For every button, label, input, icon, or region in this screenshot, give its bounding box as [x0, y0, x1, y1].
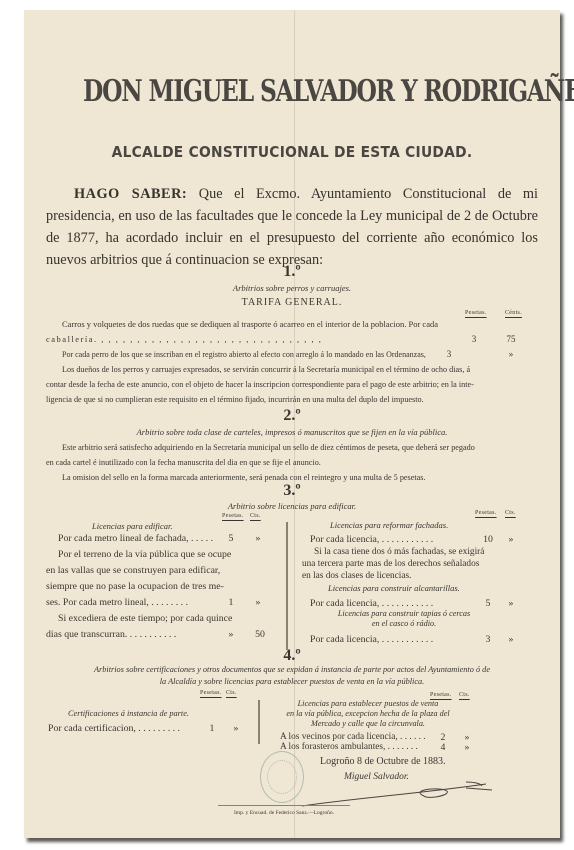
- section-4-left-subheading: Certificaciones á instancia de parte.: [68, 709, 189, 718]
- col-header-pesetas: Pesetas.: [200, 690, 222, 696]
- value-cents: 50: [251, 627, 269, 642]
- section-3-number: 3.º: [24, 482, 560, 500]
- municipal-seal-stamp: [260, 751, 304, 803]
- value-cents: »: [504, 596, 518, 611]
- section-3-left-line: en las vallas que se construyen para edi…: [46, 563, 220, 578]
- value-pesetas: 5: [224, 531, 238, 546]
- section-2-number: 2.º: [24, 407, 560, 425]
- section-3-right-line: Por cada licencia, . . . . . . . . . . .: [310, 632, 433, 647]
- value-cents: »: [251, 531, 265, 546]
- section-4-heading-line-2: la Alcaldía y sobre licencias para estab…: [24, 677, 560, 686]
- section-4-right-sub-1: Licencias para establecer puestos de ven…: [268, 699, 468, 708]
- place-date: Logroño 8 de Octubre de 1883.: [320, 756, 446, 767]
- col-header-cents: Cts.: [226, 690, 237, 696]
- value-cents: »: [229, 721, 243, 736]
- value-cents: »: [251, 595, 265, 610]
- col-header-cents: Cts.: [505, 510, 516, 516]
- col-header-pesetas: Pesetas.: [465, 310, 487, 316]
- section-1-number: 1.º: [24, 263, 560, 281]
- section-4-number: 4.º: [24, 647, 560, 665]
- value-pesetas: 1: [205, 721, 219, 736]
- value-pesetas: 3: [480, 632, 496, 647]
- value-cents: »: [504, 532, 518, 547]
- column-divider: [258, 700, 260, 744]
- section-3-right-subheading: Licencias para reformar fachadas.: [330, 520, 448, 530]
- section-3-left-line: Por cada metro lineal de fachada, . . . …: [58, 531, 213, 546]
- section-1-line: Los dueños de los perros y carruajes exp…: [62, 362, 470, 377]
- col-header-cents: Cénts.: [505, 310, 522, 316]
- value-cents: »: [504, 632, 518, 647]
- poster-sheet: DON MIGUEL SALVADOR Y RODRIGAÑEZ, ALCALD…: [24, 10, 560, 838]
- section-2-heading: Arbitrio sobre toda clase de carteles, i…: [24, 427, 560, 437]
- intro-lead: HAGO SABER:: [74, 186, 187, 202]
- section-4-right-sub-2: en la vía pública, excepcion hecha de la…: [268, 709, 468, 718]
- section-3-left-line: Por el terreno de la vía pública que se …: [58, 547, 231, 562]
- section-4-heading-line-1: Arbitrios sobre certificaciones y otros …: [24, 665, 560, 674]
- col-header-cents: Cts.: [459, 692, 470, 698]
- section-4-left-line: Por cada certificacion, . . . . . . . . …: [48, 721, 180, 736]
- section-3-right-sub3a: Licencias para construir tapias ó cercas: [304, 609, 504, 618]
- section-2-line: en cada cartel é inutilizado con la fech…: [46, 455, 321, 470]
- intro-paragraph: HAGO SABER: Que el Excmo. Ayuntamiento C…: [46, 183, 538, 271]
- section-1-line: Carros y volquetes de dos ruedas que se …: [62, 317, 438, 332]
- poster-subtitle: ALCALDE CONSTITUCIONAL DE ESTA CIUDAD.: [45, 143, 538, 161]
- col-header-pesetas: Pesetas.: [222, 513, 244, 519]
- poster-title: DON MIGUEL SALVADOR Y RODRIGAÑEZ,: [83, 74, 501, 109]
- section-4-right-sub-3: Mercado y calle que la circunvala.: [268, 719, 468, 728]
- section-3-left-line: ses. Por cada metro lineal, . . . . . . …: [46, 595, 188, 610]
- section-3-left-line: siempre que no pase la ocupacion de tres…: [46, 579, 224, 594]
- printer-rule: [218, 805, 350, 806]
- col-header-pesetas: Pesetas.: [430, 692, 452, 698]
- value-pesetas: 3: [464, 332, 484, 347]
- value-pesetas: 4: [436, 742, 450, 753]
- section-1-subheading: TARIFA GENERAL.: [24, 297, 560, 308]
- col-header-cents: Cts.: [250, 513, 261, 519]
- section-2-line: Este arbitrio será satisfecho adquiriend…: [62, 440, 475, 455]
- printer-imprint: Imp. y Encuad. de Federico Sanz.—Logroño…: [218, 810, 350, 816]
- section-1-heading: Arbitrios sobre perros y carruajes.: [24, 283, 560, 293]
- section-1-line: contar desde la fecha de este anuncio, c…: [46, 377, 474, 392]
- value-pesetas: »: [224, 627, 238, 642]
- section-1-line: caballería. , , , , , , , , , , , , , , …: [46, 332, 322, 347]
- column-divider: [286, 522, 288, 650]
- col-header-pesetas: Pesetas.: [475, 510, 497, 516]
- section-3-right-sub2: Licencias para construir alcantarillas.: [328, 583, 460, 593]
- value-cents: »: [501, 347, 521, 362]
- section-3-left-subheading: Licencias para edificar.: [92, 521, 173, 531]
- value-cents: 75: [501, 332, 521, 347]
- section-3-right-line: en las dos clases de licencias.: [302, 569, 411, 584]
- value-pesetas: 1: [224, 595, 238, 610]
- section-1-line: Por cada perro de los que se inscriban e…: [62, 347, 426, 362]
- value-pesetas: 3: [439, 347, 459, 362]
- value-cents: »: [460, 742, 474, 753]
- section-3-right-sub3b: en el casco ó rádio.: [304, 619, 504, 628]
- section-4-right-line: A los forasteros ambulantes, . . . . . .…: [280, 742, 418, 753]
- section-1-line: ligencia de que si no cumplieran este re…: [46, 392, 424, 407]
- section-3-left-line: dias que transcurran. . . . . . . . . . …: [46, 627, 176, 642]
- section-3-left-line: Si excediera de este tiempo; por cada qu…: [58, 611, 232, 626]
